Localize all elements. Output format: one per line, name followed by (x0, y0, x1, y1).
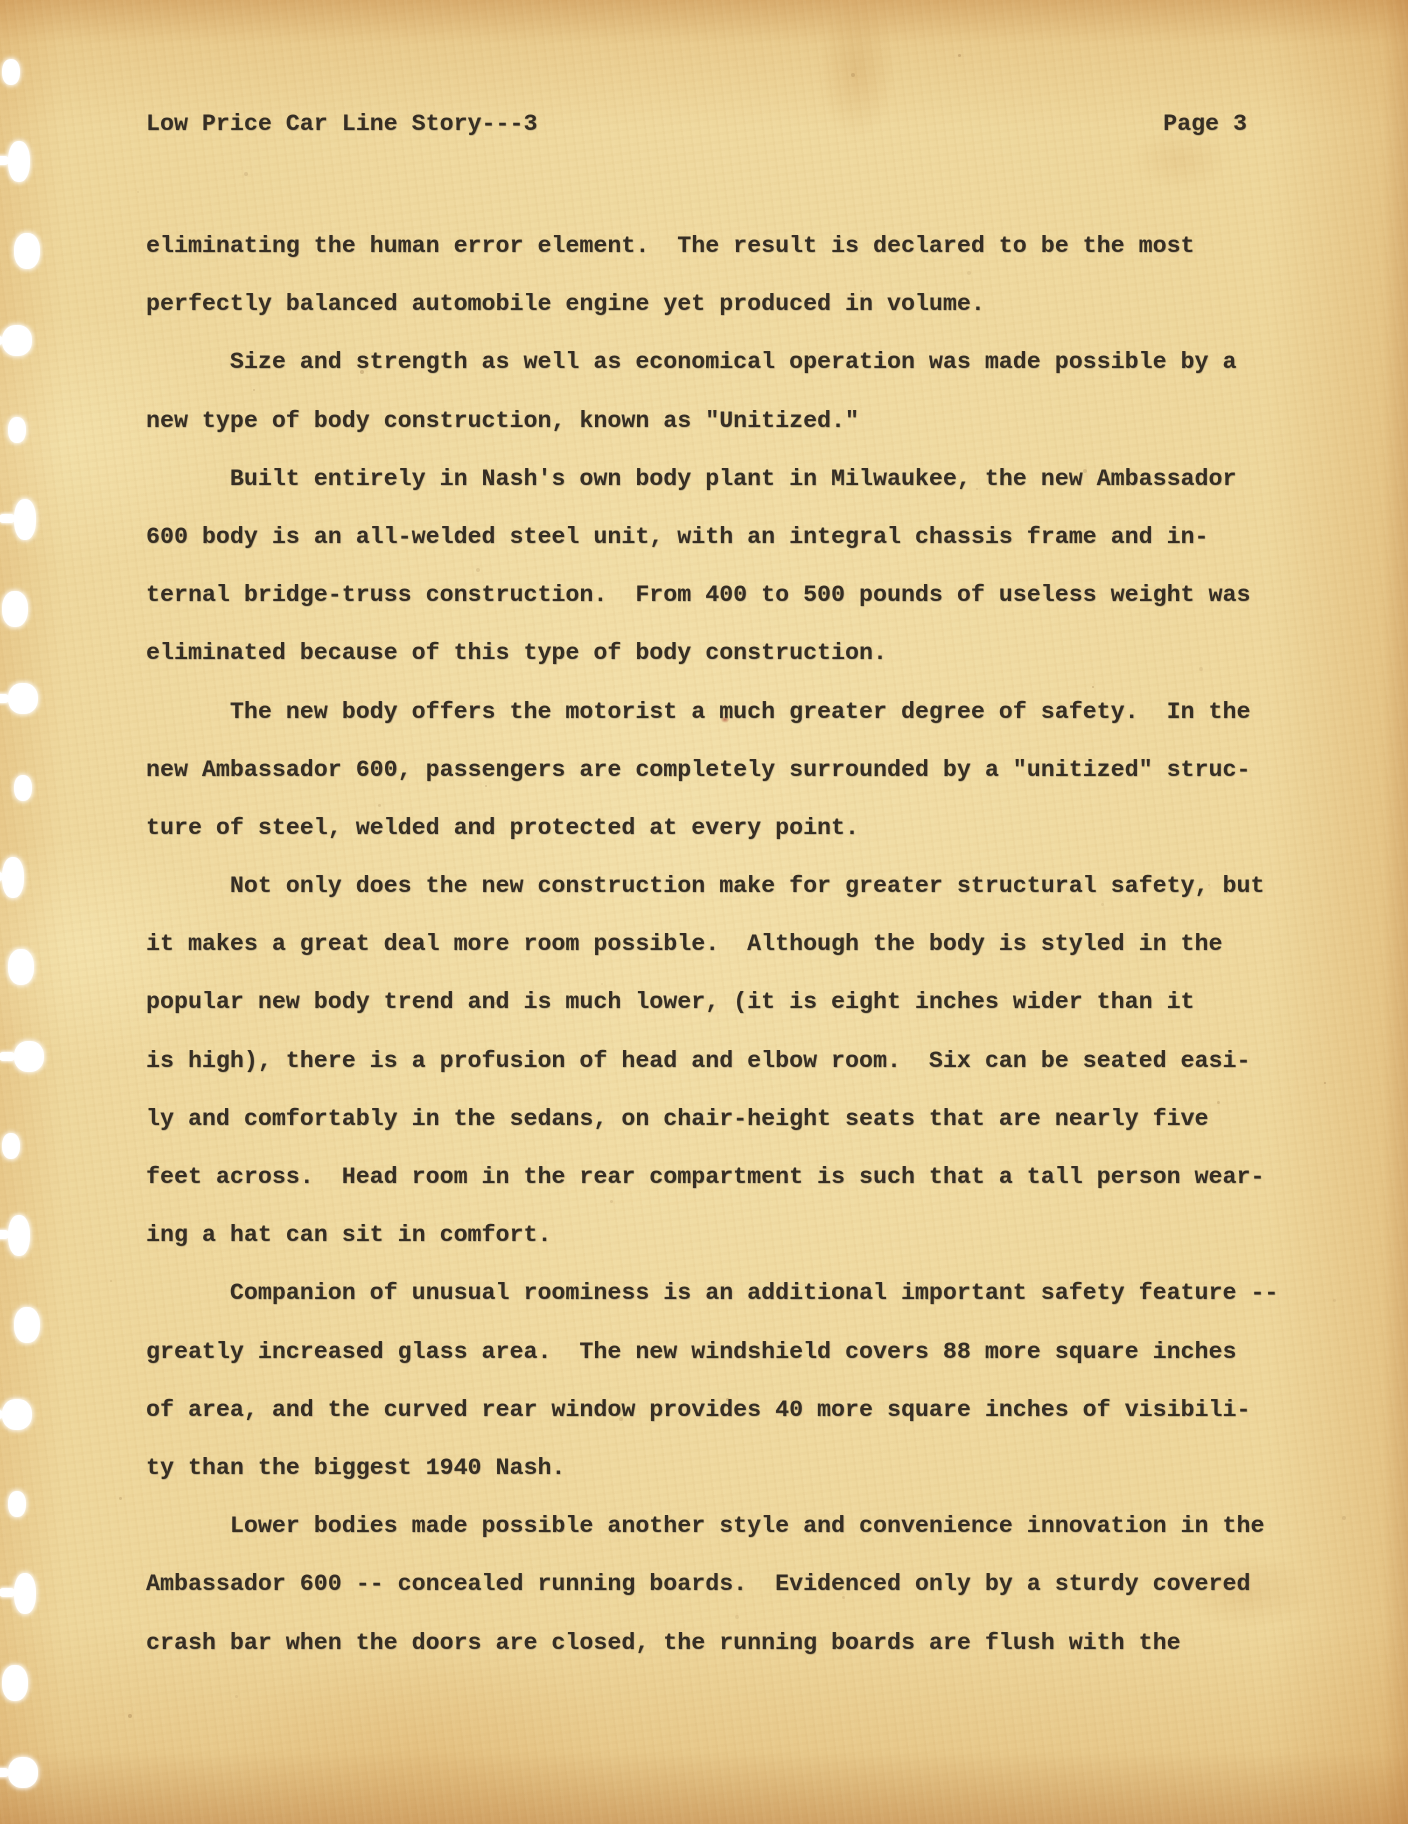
paper-speck (958, 54, 961, 57)
text-line: ture of steel, welded and protected at e… (146, 799, 1278, 857)
paper-speck (1083, 469, 1087, 473)
paper-speck (119, 1497, 122, 1500)
paper-speck (1324, 1082, 1326, 1084)
text-line: new Ambassador 600, passengers are compl… (146, 741, 1278, 799)
binder-hole (8, 141, 30, 182)
paper-speck (253, 389, 255, 391)
binder-hole (2, 59, 20, 85)
page-header: Low Price Car Line Story---3 Page 3 (146, 111, 1247, 137)
paper-speck (1092, 686, 1094, 688)
paper-speck (1101, 903, 1104, 906)
paper-speck (726, 1398, 729, 1401)
text-line: Not only does the new construction make … (146, 857, 1278, 915)
text-line: popular new body trend and is much lower… (146, 973, 1278, 1031)
text-line: ternal bridge-truss construction. From 4… (146, 566, 1278, 624)
paper-speck (476, 568, 480, 572)
paper-speck (717, 1181, 719, 1183)
paper-speck (976, 488, 978, 490)
paper-speck (137, 191, 139, 193)
binder-hole (14, 1573, 36, 1614)
binder-hole (14, 499, 36, 540)
binder-hole (14, 1307, 40, 1343)
paper-speck (851, 73, 855, 77)
text-line: Companion of unusual roominess is an add… (146, 1264, 1278, 1322)
text-line: eliminating the human error element. The… (146, 217, 1278, 275)
text-line: it makes a great deal more room possible… (146, 915, 1278, 973)
red-ink-spot (719, 715, 731, 724)
text-line: Lower bodies made possible another style… (146, 1497, 1278, 1555)
header-title: Low Price Car Line Story---3 (146, 111, 537, 137)
text-line: Size and strength as well as economical … (146, 333, 1278, 391)
paper-speck (1333, 1299, 1336, 1302)
binder-hole (8, 1757, 38, 1788)
binder-hole (8, 1215, 30, 1256)
paper-speck (110, 1280, 112, 1282)
paper-speck (1199, 667, 1203, 671)
paper-speck (1208, 884, 1210, 886)
binder-hole (8, 683, 38, 714)
paper-speck (619, 1417, 623, 1421)
page-number: Page 3 (1163, 111, 1247, 137)
binder-hole (14, 775, 32, 801)
paper-speck (494, 1002, 497, 1005)
text-line: ty than the biggest 1940 Nash. (146, 1439, 1278, 1497)
paper-speck (485, 785, 487, 787)
text-line: is high), there is a profusion of head a… (146, 1032, 1278, 1090)
binder-hole (2, 857, 24, 898)
text-line: ing a hat can sit in comfort. (146, 1206, 1278, 1264)
text-line: Ambassador 600 -- concealed running boar… (146, 1555, 1278, 1613)
paper-speck (369, 587, 371, 589)
binder-hole (2, 325, 32, 356)
binder-hole (8, 417, 26, 443)
paper-speck (601, 983, 603, 985)
text-line: new type of body construction, known as … (146, 392, 1278, 450)
paper-speck (235, 1695, 238, 1698)
paper-speck (1342, 1516, 1346, 1520)
paper-speck (360, 370, 364, 374)
binder-hole (2, 1399, 32, 1430)
paper-speck (1217, 1101, 1220, 1104)
paper-speck (378, 804, 381, 807)
binder-hole (8, 949, 34, 985)
text-line: Built entirely in Nash's own body plant … (146, 450, 1278, 508)
text-line: 600 body is an all-welded steel unit, wi… (146, 508, 1278, 566)
paper-speck (860, 290, 862, 292)
binder-hole (8, 1491, 26, 1517)
text-line: eliminated because of this type of body … (146, 624, 1278, 682)
paper-speck (735, 1615, 739, 1619)
binder-hole (2, 1665, 28, 1701)
text-line: greatly increased glass area. The new wi… (146, 1323, 1278, 1381)
binder-hole (14, 233, 40, 269)
paper-speck (842, 1596, 845, 1599)
text-line: The new body offers the motorist a much … (146, 683, 1278, 741)
text-line: feet across. Head room in the rear compa… (146, 1148, 1278, 1206)
document-page: Low Price Car Line Story---3 Page 3 elim… (0, 0, 1408, 1824)
paper-speck (128, 1714, 132, 1718)
binder-hole (2, 1133, 20, 1159)
paper-speck (967, 271, 971, 275)
binder-hole (14, 1041, 44, 1072)
text-line: perfectly balanced automobile engine yet… (146, 275, 1278, 333)
binder-hole (2, 591, 28, 627)
document-body: eliminating the human error element. The… (146, 217, 1278, 1672)
text-line: crash bar when the doors are closed, the… (146, 1614, 1278, 1672)
text-line: ly and comfortably in the sedans, on cha… (146, 1090, 1278, 1148)
paper-speck (244, 172, 248, 176)
paper-speck (610, 1200, 613, 1203)
text-line: of area, and the curved rear window prov… (146, 1381, 1278, 1439)
